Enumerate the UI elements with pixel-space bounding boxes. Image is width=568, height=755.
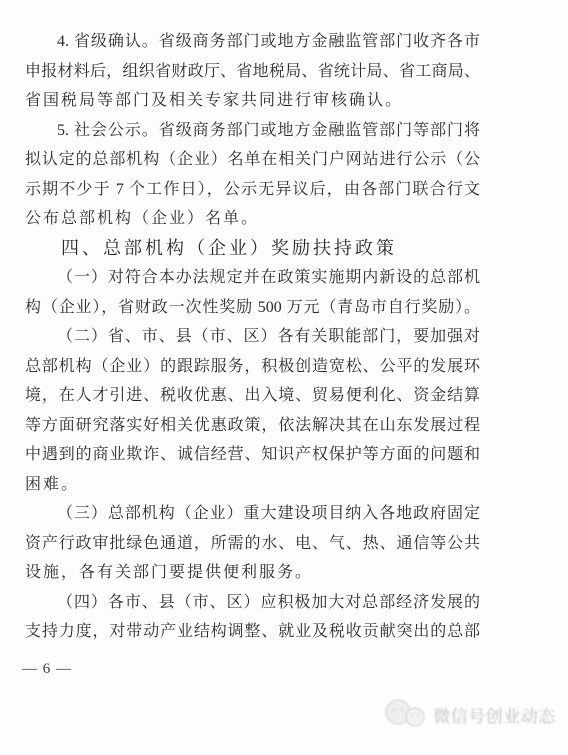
document-line: 总部机构（企业）的跟踪服务，积极创造宽松、公平的发展环 [25,352,480,382]
document-line: 申报材料后，组织省财政厅、省地税局、省统计局、省工商局、 [25,57,480,87]
document-line: 省国税局等部门及相关专家共同进行审核确认。 [25,86,480,116]
document-line: 四、总部机构（企业）奖励扶持政策 [25,234,480,264]
document-line: 拟认定的总部机构（企业）名单在相关门户网站进行公示（公 [25,145,480,175]
wechat-icon [383,698,429,730]
page-number: — 6 — [22,661,72,678]
watermark: 微信号创业动态 [383,698,556,730]
document-line: （四）各市、县（市、区）应积极加大对总部经济发展的 [25,588,480,618]
document-line: 构（企业），省财政一次性奖励 500 万元（青岛市自行奖励）。 [25,293,480,323]
document-line: 等方面研究落实好相关优惠政策，依法解决其在山东发展过程 [25,411,480,441]
document-line: 中遇到的商业欺诈、诚信经营、知识产权保护等方面的问题和 [25,440,480,470]
document-line: 设施，各有关部门要提供便利服务。 [25,558,480,588]
document-line: 境，在人才引进、税收优惠、出入境、贸易便利化、资金结算 [25,381,480,411]
watermark-text: 微信号创业动态 [433,702,556,727]
document-line: （二）省、市、县（市、区）各有关职能部门，要加强对 [25,322,480,352]
document-text-block: 4. 省级确认。省级商务部门或地方金融监管部门收齐各市申报材料后，组织省财政厅、… [25,27,480,647]
document-line: 5. 社会公示。省级商务部门或地方金融监管部门等部门将 [25,116,480,146]
document-line: 公布总部机构（企业）名单。 [25,204,480,234]
document-line: （一）对符合本办法规定并在政策实施期内新设的总部机 [25,263,480,293]
document-line: （三）总部机构（企业）重大建设项目纳入各地政府固定 [25,499,480,529]
document-line: 4. 省级确认。省级商务部门或地方金融监管部门收齐各市 [25,27,480,57]
document-line: 困难。 [25,470,480,500]
document-line: 示期不少于 7 个工作日），公示无异议后，由各部门联合行文 [25,175,480,205]
document-line: 支持力度，对带动产业结构调整、就业及税收贡献突出的总部 [25,617,480,647]
document-page: 4. 省级确认。省级商务部门或地方金融监管部门收齐各市申报材料后，组织省财政厅、… [0,0,568,755]
document-line: 资产行政审批绿色通道，所需的水、电、气、热、通信等公共 [25,529,480,559]
